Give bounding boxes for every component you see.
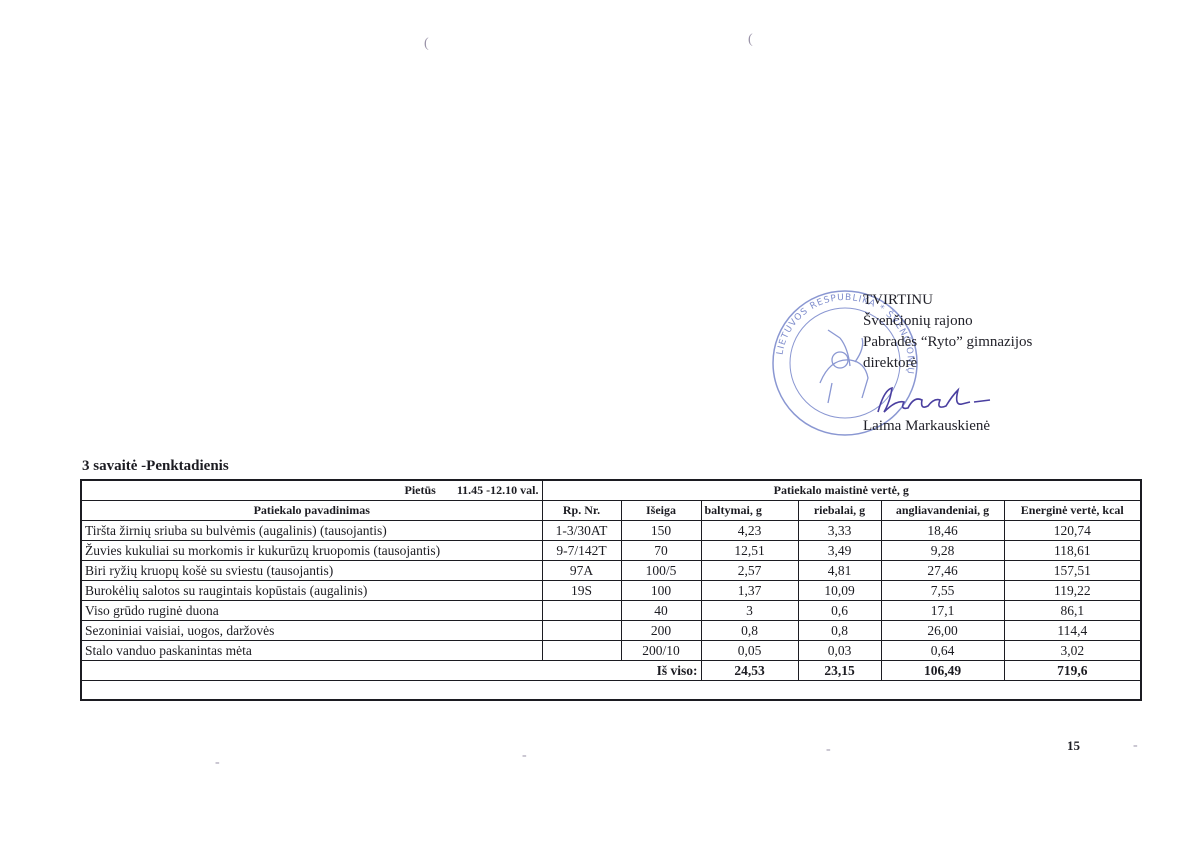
cell-rp: 9-7/142T xyxy=(542,541,621,561)
nutrition-group-header: Patiekalo maistinė vertė, g xyxy=(542,480,1141,501)
page-number: 15 xyxy=(1067,738,1080,754)
total-energy: 719,6 xyxy=(1004,661,1141,681)
approval-school: Pabradės “Ryto” gimnazijos xyxy=(863,332,1032,353)
cell-fat: 4,81 xyxy=(798,561,881,581)
cell-fat: 3,49 xyxy=(798,541,881,561)
cell-protein: 12,51 xyxy=(701,541,798,561)
cell-energy: 114,4 xyxy=(1004,621,1141,641)
table-row: Žuvies kukuliai su morkomis ir kukurūzų … xyxy=(81,541,1141,561)
col-fat: riebalai, g xyxy=(798,501,881,521)
cell-protein: 3 xyxy=(701,601,798,621)
cell-carbs: 0,64 xyxy=(881,641,1004,661)
col-name: Patiekalo pavadinimas xyxy=(81,501,542,521)
approval-position: direktorė xyxy=(863,353,1032,374)
meal-label: Pietūs xyxy=(404,483,435,497)
table-row: Viso grūdo ruginė duona4030,617,186,1 xyxy=(81,601,1141,621)
cell-name: Burokėlių salotos su raugintais kopūstai… xyxy=(81,581,542,601)
table-row: Tiršta žirnių sriuba su bulvėmis (augali… xyxy=(81,521,1141,541)
scan-artifact: - xyxy=(522,748,527,764)
menu-table: Pietūs 11.45 -12.10 val. Patiekalo maist… xyxy=(80,479,1142,701)
cell-energy: 119,22 xyxy=(1004,581,1141,601)
cell-rp: 19S xyxy=(542,581,621,601)
cell-energy: 3,02 xyxy=(1004,641,1141,661)
cell-yield: 200/10 xyxy=(621,641,701,661)
cell-rp xyxy=(542,641,621,661)
cell-fat: 10,09 xyxy=(798,581,881,601)
total-row: Iš viso: 24,53 23,15 106,49 719,6 xyxy=(81,661,1141,681)
cell-energy: 86,1 xyxy=(1004,601,1141,621)
signature xyxy=(870,384,1000,418)
cell-carbs: 18,46 xyxy=(881,521,1004,541)
cell-rp xyxy=(542,601,621,621)
cell-carbs: 7,55 xyxy=(881,581,1004,601)
cell-fat: 3,33 xyxy=(798,521,881,541)
meal-time: 11.45 -12.10 val. xyxy=(457,483,539,497)
cell-carbs: 9,28 xyxy=(881,541,1004,561)
col-carbs: angliavandeniai, g xyxy=(881,501,1004,521)
cell-name: Stalo vanduo paskanintas mėta xyxy=(81,641,542,661)
cell-yield: 40 xyxy=(621,601,701,621)
col-yield: Išeiga xyxy=(621,501,701,521)
cell-carbs: 17,1 xyxy=(881,601,1004,621)
cell-name: Žuvies kukuliai su morkomis ir kukurūzų … xyxy=(81,541,542,561)
cell-name: Tiršta žirnių sriuba su bulvėmis (augali… xyxy=(81,521,542,541)
approval-district: Švenčionių rajono xyxy=(863,311,1032,332)
approval-heading: TVIRTINU xyxy=(863,290,1032,311)
blank-cell xyxy=(81,681,1141,701)
total-carbs: 106,49 xyxy=(881,661,1004,681)
cell-yield: 100 xyxy=(621,581,701,601)
cell-fat: 0,6 xyxy=(798,601,881,621)
meal-header: Pietūs 11.45 -12.10 val. xyxy=(81,480,542,501)
col-rp: Rp. Nr. xyxy=(542,501,621,521)
cell-yield: 100/5 xyxy=(621,561,701,581)
scan-artifact: ( xyxy=(424,36,429,52)
table-row: Burokėlių salotos su raugintais kopūstai… xyxy=(81,581,1141,601)
cell-carbs: 26,00 xyxy=(881,621,1004,641)
cell-name: Sezoniniai vaisiai, uogos, daržovės xyxy=(81,621,542,641)
scan-artifact: - xyxy=(1133,738,1138,754)
table-row: Stalo vanduo paskanintas mėta200/100,050… xyxy=(81,641,1141,661)
cell-yield: 70 xyxy=(621,541,701,561)
cell-rp xyxy=(542,621,621,641)
cell-protein: 0,05 xyxy=(701,641,798,661)
cell-name: Biri ryžių kruopų košė su sviestu (tauso… xyxy=(81,561,542,581)
table-header-row-2: Patiekalo pavadinimas Rp. Nr. Išeiga bal… xyxy=(81,501,1141,521)
cell-protein: 0,8 xyxy=(701,621,798,641)
scan-artifact: - xyxy=(826,742,831,758)
cell-energy: 118,61 xyxy=(1004,541,1141,561)
cell-fat: 0,8 xyxy=(798,621,881,641)
cell-rp: 97A xyxy=(542,561,621,581)
cell-yield: 200 xyxy=(621,621,701,641)
blank-row xyxy=(81,681,1141,701)
cell-energy: 120,74 xyxy=(1004,521,1141,541)
cell-carbs: 27,46 xyxy=(881,561,1004,581)
table-row: Sezoniniai vaisiai, uogos, daržovės2000,… xyxy=(81,621,1141,641)
cell-protein: 2,57 xyxy=(701,561,798,581)
vytis-emblem-icon xyxy=(820,330,868,403)
scan-artifact: - xyxy=(215,755,220,771)
scan-artifact: ( xyxy=(748,32,753,48)
cell-rp: 1-3/30AT xyxy=(542,521,621,541)
approval-signer: Laima Markauskienė xyxy=(863,416,1032,437)
total-fat: 23,15 xyxy=(798,661,881,681)
total-protein: 24,53 xyxy=(701,661,798,681)
section-title: 3 savaitė -Penktadienis xyxy=(82,458,229,475)
col-energy: Energinė vertė, kcal xyxy=(1004,501,1141,521)
cell-energy: 157,51 xyxy=(1004,561,1141,581)
table-header-row-1: Pietūs 11.45 -12.10 val. Patiekalo maist… xyxy=(81,480,1141,501)
table-row: Biri ryžių kruopų košė su sviestu (tauso… xyxy=(81,561,1141,581)
cell-protein: 1,37 xyxy=(701,581,798,601)
cell-name: Viso grūdo ruginė duona xyxy=(81,601,542,621)
cell-protein: 4,23 xyxy=(701,521,798,541)
cell-fat: 0,03 xyxy=(798,641,881,661)
col-protein: baltymai, g xyxy=(701,501,798,521)
cell-yield: 150 xyxy=(621,521,701,541)
total-label: Iš viso: xyxy=(81,661,701,681)
